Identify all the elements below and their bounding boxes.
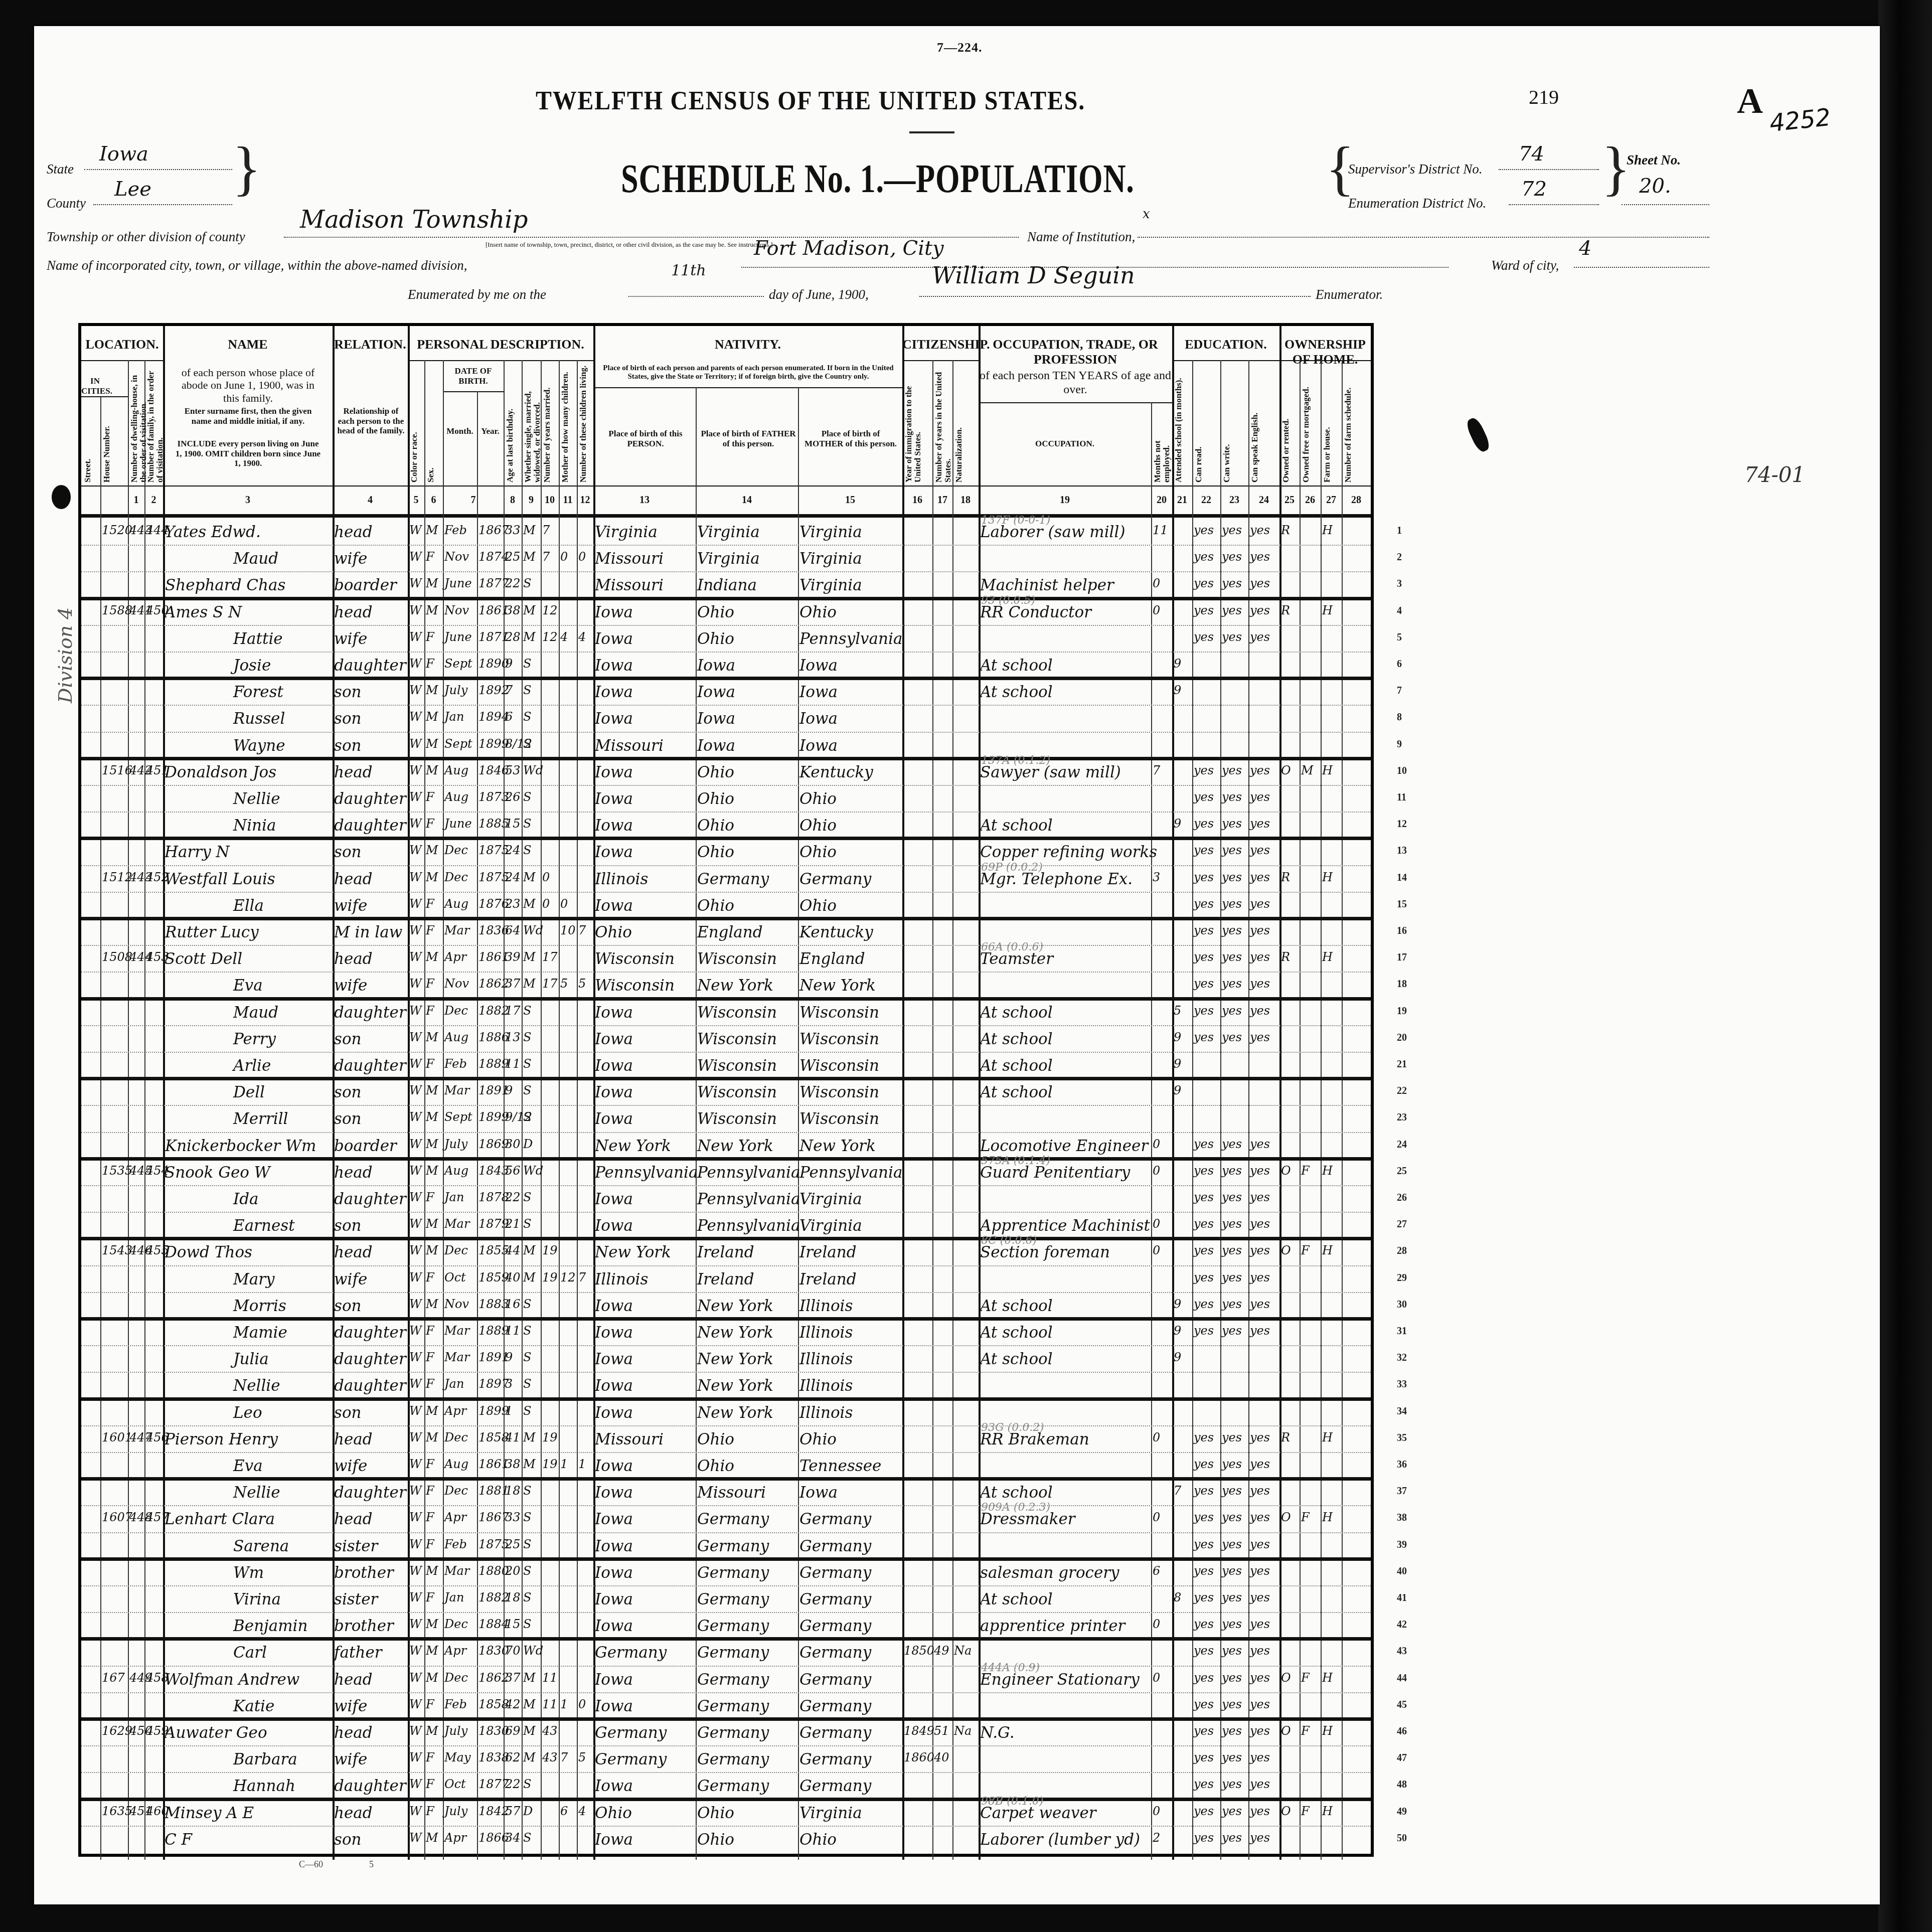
occupation-code: 575A (0.1.4)	[981, 1155, 1050, 1167]
cell-imm: 1860	[904, 1750, 934, 1764]
header-write: Can write.	[1222, 365, 1246, 482]
enumerated-prefix: Enumerated by me on the	[408, 287, 546, 302]
line-number: 28	[1397, 1245, 1407, 1257]
cell-age: 11	[505, 1324, 521, 1338]
cell-fh: H	[1322, 1243, 1333, 1257]
institution-label: Name of Institution,	[1027, 229, 1135, 245]
line-number: 25	[1397, 1166, 1407, 1177]
cell-sex: F	[426, 1510, 434, 1524]
cell-month: Dec	[444, 843, 468, 857]
cell-pom: Ireland	[799, 1270, 857, 1289]
cell-pom: Wisconsin	[799, 1083, 879, 1101]
table-row: MorrissonWMNov188316SIowaNew YorkIllinoi…	[81, 1292, 1371, 1319]
cell-color: W	[409, 1724, 422, 1738]
cell-year: 1846	[478, 763, 509, 777]
cell-month: Nov	[444, 550, 469, 564]
cell-age: 15	[505, 817, 521, 831]
column-group-relation: RELATION.	[333, 337, 408, 352]
table-row: 1512443452Westfall LouisheadWMDec187524M…	[81, 865, 1371, 892]
cell-name: Josie	[233, 657, 271, 675]
cell-month: Dec	[444, 1671, 468, 1685]
cell-name: Ames S N	[165, 603, 242, 621]
cell-pom: Illinois	[799, 1350, 853, 1368]
cell-pof: Germany	[697, 1617, 769, 1635]
cell-age: 6	[505, 710, 513, 724]
line-number: 12	[1397, 819, 1407, 830]
cell-rel: son	[334, 1404, 362, 1422]
cell-pob: Iowa	[595, 1777, 633, 1795]
cell-color: W	[409, 1697, 422, 1711]
cell-occ: apprentice printer	[980, 1617, 1125, 1635]
cell-write: yes	[1222, 1750, 1242, 1764]
cell-rel: head	[334, 1430, 373, 1448]
cell-imm: 1850	[904, 1644, 934, 1658]
scan-border-right	[1878, 0, 1932, 1932]
cell-age: 26	[505, 790, 521, 804]
cell-pob: Iowa	[595, 1510, 633, 1528]
cell-name: Auwater Geo	[165, 1724, 267, 1742]
cell-write: yes	[1222, 1564, 1242, 1578]
cell-write: yes	[1222, 1671, 1242, 1685]
cell-house: 1516	[102, 763, 132, 777]
cell-color: W	[409, 950, 422, 964]
table-row: CarlfatherWMApr183070WdGermanyGermanyGer…	[81, 1639, 1371, 1665]
line-number: 34	[1397, 1406, 1407, 1417]
cell-school: 9	[1174, 1297, 1181, 1311]
cell-year: 1867	[478, 1510, 509, 1524]
cell-moc: 4	[560, 630, 568, 644]
cell-name: C F	[165, 1831, 192, 1849]
enumerator-suffix: Enumerator.	[1316, 287, 1383, 302]
cell-rel: father	[334, 1644, 382, 1662]
cell-eng: yes	[1250, 1510, 1270, 1524]
name-include-omit: INCLUDE every person living on June 1, 1…	[174, 439, 322, 468]
column-number: 21	[1172, 495, 1192, 506]
cell-write: yes	[1222, 603, 1242, 617]
cell-year: 1855	[478, 1243, 509, 1257]
cell-school: 9	[1174, 1057, 1181, 1071]
cell-pom: Wisconsin	[799, 1110, 879, 1128]
line-number: 47	[1397, 1752, 1407, 1764]
cell-month: May	[444, 1750, 470, 1764]
cell-pom: Ohio	[799, 1430, 837, 1448]
cell-marital: S	[523, 1110, 531, 1124]
cell-write: yes	[1222, 1804, 1242, 1818]
cell-sex: M	[426, 1564, 438, 1578]
cell-occ: At school	[980, 1083, 1053, 1101]
cell-pof: Ohio	[697, 1457, 734, 1475]
cell-write: yes	[1222, 1590, 1242, 1604]
cell-name: Shephard Chas	[165, 576, 285, 594]
table-row: Shephard ChasboarderWMJune187722SMissour…	[81, 571, 1371, 598]
cell-pob: Wisconsin	[595, 977, 675, 995]
cell-eng: yes	[1250, 923, 1270, 937]
cell-eng: yes	[1250, 1537, 1270, 1551]
cell-write: yes	[1222, 1617, 1242, 1631]
cell-pof: Ohio	[697, 790, 734, 808]
cell-pob: Germany	[595, 1644, 667, 1662]
cell-pob: New York	[595, 1243, 671, 1261]
cell-pom: Germany	[799, 1510, 871, 1528]
cell-pof: Wisconsin	[697, 950, 777, 968]
cell-house: 1607	[102, 1510, 132, 1524]
header-age: Age at last birthday.	[506, 365, 520, 482]
cell-marital: S	[523, 1590, 531, 1604]
month-label: Month.	[443, 426, 477, 436]
cell-year: 1836	[478, 923, 509, 937]
cell-year: 1843	[478, 1164, 509, 1178]
cell-year: 1889	[478, 1324, 509, 1338]
cell-pob: Iowa	[595, 1457, 633, 1475]
cell-pof: Pennsylvania	[697, 1217, 800, 1235]
cell-ym: 43	[542, 1750, 558, 1764]
cell-pob: Missouri	[595, 1430, 664, 1448]
cell-color: W	[409, 1377, 422, 1391]
cell-year: 1877	[478, 576, 509, 590]
cell-age: 30	[505, 1137, 521, 1151]
cell-year: 1878	[478, 1190, 509, 1204]
cell-month: Dec	[444, 870, 468, 884]
cell-name: Morris	[233, 1297, 286, 1315]
name-description: of each person whose place of abode on J…	[174, 366, 322, 404]
cell-rel: wife	[334, 630, 367, 648]
cell-sex: F	[426, 1190, 434, 1204]
cell-month: Aug	[444, 790, 468, 804]
cell-cl: 4	[578, 630, 586, 644]
cell-read: yes	[1194, 630, 1214, 644]
cell-year: 1899	[478, 1110, 509, 1124]
cell-name: Knickerbocker Wm	[165, 1137, 316, 1155]
cell-sex: M	[426, 870, 438, 884]
cell-rel: daughter	[334, 1004, 406, 1022]
cell-year: 1862	[478, 977, 509, 991]
cell-ym: 7	[542, 523, 550, 537]
pob-father-label: Place of birth of FATHER of this person.	[701, 429, 796, 448]
cell-pob: Iowa	[595, 1217, 633, 1235]
cell-write: yes	[1222, 1457, 1242, 1471]
cell-marital: S	[523, 1777, 531, 1791]
occupation-code: 69P (0.0.2)	[981, 861, 1043, 874]
cell-year: 1858	[478, 1430, 509, 1444]
cell-year: 1883	[478, 1297, 509, 1311]
cell-marital: M	[523, 603, 536, 617]
line-number: 15	[1397, 899, 1407, 910]
line-number: 23	[1397, 1112, 1407, 1123]
cell-read: yes	[1194, 1804, 1214, 1818]
cell-name: Arlie	[233, 1057, 271, 1075]
cell-own: O	[1281, 1510, 1291, 1524]
cell-ym: 12	[542, 603, 558, 617]
cell-month: Nov	[444, 1297, 469, 1311]
cell-eng: yes	[1250, 1564, 1270, 1578]
cell-age: 23	[505, 897, 521, 911]
cell-marital: S	[523, 1083, 531, 1097]
line-number: 13	[1397, 845, 1407, 857]
cell-age: 15	[505, 1617, 521, 1631]
cell-sex: F	[426, 1537, 434, 1551]
column-number: 12	[577, 495, 593, 506]
cell-rel: wife	[334, 1457, 367, 1475]
cell-write: yes	[1222, 1217, 1242, 1231]
name-instruction: Enter surname first, then the given name…	[174, 406, 322, 426]
cell-school: 9	[1174, 1030, 1181, 1044]
cell-occ: At school	[980, 683, 1053, 701]
cell-age: 62	[505, 1750, 521, 1764]
cell-rel: son	[334, 1297, 362, 1315]
cell-pom: Virginia	[799, 550, 862, 568]
right-margin-note: 74-01	[1744, 462, 1805, 487]
cell-pom: Germany	[799, 1777, 871, 1795]
cell-sex: M	[426, 576, 438, 590]
cell-year: 1866	[478, 1831, 509, 1845]
cell-marital: M	[523, 1671, 536, 1685]
cell-cl: 4	[578, 1804, 586, 1818]
cell-eng: yes	[1250, 1750, 1270, 1764]
cell-pof: Virginia	[697, 523, 760, 541]
cell-sex: F	[426, 1350, 434, 1364]
cell-read: yes	[1194, 1004, 1214, 1018]
cell-month: Aug	[444, 1457, 468, 1471]
cell-pof: Ohio	[697, 1831, 734, 1849]
cell-school: 9	[1174, 683, 1181, 697]
footer-mark: C—60	[299, 1859, 323, 1870]
supervisor-label: Supervisor's District No.	[1348, 162, 1483, 177]
cell-name: Rutter Lucy	[165, 923, 259, 941]
cell-pom: Virginia	[799, 523, 862, 541]
line-number: 11	[1397, 792, 1406, 803]
cell-pof: Germany	[697, 1564, 769, 1582]
cell-name: Wolfman Andrew	[165, 1671, 299, 1689]
cell-month: Jan	[444, 1190, 464, 1204]
cell-marital: M	[523, 1457, 536, 1471]
cell-age: 33	[505, 1510, 521, 1524]
cell-month: Mar	[444, 1217, 469, 1231]
cell-unemp: 2	[1153, 1831, 1160, 1845]
cell-rel: head	[334, 763, 373, 781]
cell-month: Sept	[444, 657, 472, 671]
line-number: 48	[1397, 1779, 1407, 1791]
cell-marital: Wd	[523, 923, 543, 937]
cell-sex: M	[426, 1644, 438, 1658]
cell-read: yes	[1194, 1270, 1214, 1284]
cell-pof: Wisconsin	[697, 1030, 777, 1048]
cell-name: Donaldson Jos	[165, 763, 276, 781]
cell-year: 1862	[478, 1671, 509, 1685]
cell-write: yes	[1222, 1243, 1242, 1257]
line-number: 21	[1397, 1059, 1407, 1070]
cell-color: W	[409, 1537, 422, 1551]
cell-occ: Apprentice Machinist	[980, 1217, 1150, 1235]
cell-color: W	[409, 1190, 422, 1204]
cell-marital: S	[523, 1217, 531, 1231]
cell-write: yes	[1222, 1137, 1242, 1151]
cell-year: 1873	[478, 790, 509, 804]
cell-name: Virina	[233, 1590, 281, 1608]
table-row: Harry NsonWMDec187524SIowaOhioOhioCopper…	[81, 838, 1371, 865]
cell-occ: salesman grocery	[980, 1564, 1119, 1582]
cell-write: yes	[1222, 1030, 1242, 1044]
cell-year: 1861	[478, 603, 509, 617]
cell-fh: H	[1322, 1671, 1333, 1685]
cell-pob: Iowa	[595, 790, 633, 808]
cell-ym: 7	[542, 550, 550, 564]
in-cities-label: IN CITIES.	[81, 376, 109, 396]
cell-sex: M	[426, 843, 438, 857]
table-row: SarenasisterWFFeb187525SIowaGermanyGerma…	[81, 1532, 1371, 1559]
cell-rel: daughter	[334, 1777, 406, 1795]
cell-own: O	[1281, 1671, 1291, 1685]
line-number: 33	[1397, 1379, 1407, 1390]
cell-marital: S	[523, 657, 531, 671]
table-row: C FsonWMApr186634SIowaOhioOhioLaborer (l…	[81, 1826, 1371, 1852]
table-row: NelliedaughterWFAug187326SIowaOhioOhioye…	[81, 785, 1371, 812]
cell-rel: son	[334, 683, 362, 701]
cell-sex: F	[426, 1750, 434, 1764]
cell-pob: Iowa	[595, 1297, 633, 1315]
cell-cl: 0	[578, 550, 586, 564]
occupation-code: 137F (0-0-1)	[981, 514, 1050, 527]
cell-read: yes	[1194, 1030, 1214, 1044]
cell-pob: Iowa	[595, 1484, 633, 1502]
table-row: IdadaughterWFJan187822SIowaPennsylvaniaV…	[81, 1185, 1371, 1212]
ward-label: Ward of city,	[1491, 258, 1559, 273]
cell-age: 9	[505, 657, 513, 671]
table-row: Rutter LucyM in lawWFMar183664Wd107OhioE…	[81, 918, 1371, 945]
cell-color: W	[409, 1617, 422, 1631]
line-number: 3	[1397, 578, 1402, 590]
cell-write: yes	[1222, 790, 1242, 804]
cell-occ: At school	[980, 1004, 1053, 1022]
header-rule	[81, 360, 163, 361]
cell-eng: yes	[1250, 843, 1270, 857]
cell-marital: M	[523, 870, 536, 884]
cell-write: yes	[1222, 923, 1242, 937]
title-divider	[909, 131, 954, 133]
cell-marital: M	[523, 1270, 536, 1284]
line-number: 24	[1397, 1139, 1407, 1151]
cell-read: yes	[1194, 1430, 1214, 1444]
cell-moc: 12	[560, 1270, 576, 1284]
cell-year: 1867	[478, 523, 509, 537]
cell-marital: M	[523, 630, 536, 644]
cell-eng: yes	[1250, 1590, 1270, 1604]
column-group-nativity: NATIVITY.	[593, 337, 902, 352]
cell-name: Carl	[233, 1644, 267, 1662]
document-title: TWELFTH CENSUS OF THE UNITED STATES.	[536, 86, 1085, 116]
cell-read: yes	[1194, 1137, 1214, 1151]
cell-write: yes	[1222, 1324, 1242, 1338]
cell-write: yes	[1222, 1537, 1242, 1551]
cell-name: Eva	[233, 1457, 263, 1475]
cell-name: Nellie	[233, 1484, 280, 1502]
cell-color: W	[409, 630, 422, 644]
line-number: 41	[1397, 1592, 1407, 1604]
cell-rel: wife	[334, 1270, 367, 1289]
cell-rel: daughter	[334, 1377, 406, 1395]
cell-read: yes	[1194, 950, 1214, 964]
cell-pom: Iowa	[799, 657, 838, 675]
enumerated-day: 11th	[671, 262, 706, 279]
cell-moc: 10	[560, 923, 576, 937]
cell-name: Leo	[233, 1404, 262, 1422]
cell-rel: boarder	[334, 1137, 397, 1155]
cell-occ: N.G.	[980, 1724, 1015, 1742]
cell-name: Maud	[233, 1004, 278, 1022]
cell-unemp: 3	[1153, 870, 1160, 884]
column-number: 16	[902, 495, 932, 506]
table-row: KatiewifeWFFeb185842M1110IowaGermanyGerm…	[81, 1692, 1371, 1719]
cell-ym: 11	[542, 1671, 558, 1685]
township-value: Madison Township	[300, 206, 528, 234]
cell-pob: Iowa	[595, 1537, 633, 1555]
cell-read: yes	[1194, 1831, 1214, 1845]
cell-color: W	[409, 817, 422, 831]
cell-pob: Illinois	[595, 1270, 648, 1289]
cell-pob: Pennsylvania	[595, 1164, 698, 1182]
cell-eng: yes	[1250, 1804, 1270, 1818]
cell-sex: M	[426, 1617, 438, 1631]
header-cl: Number of these children living.	[579, 365, 591, 482]
cell-unemp: 0	[1153, 1430, 1160, 1444]
cell-name: Dowd Thos	[165, 1243, 252, 1261]
cell-sex: M	[426, 1297, 438, 1311]
cell-rel: head	[334, 1510, 373, 1528]
header-school: Attended school (in months).	[1174, 365, 1190, 482]
cell-marital: S	[523, 683, 531, 697]
cell-write: yes	[1222, 1831, 1242, 1845]
cell-sex: F	[426, 1590, 434, 1604]
cell-pom: Kentucky	[799, 923, 873, 941]
line-number: 14	[1397, 872, 1407, 884]
cell-age: 70	[505, 1644, 521, 1658]
cell-imm: 1849	[904, 1724, 934, 1738]
cell-eng: yes	[1250, 1484, 1270, 1498]
header-nat: Naturalization.	[954, 365, 977, 482]
cell-age: 39	[505, 950, 521, 964]
cell-marital: M	[523, 550, 536, 564]
cell-year: 1858	[478, 1697, 509, 1711]
cell-pof: Ohio	[697, 603, 734, 621]
cell-yrs: 51	[934, 1724, 949, 1738]
cell-pof: Ohio	[697, 1430, 734, 1448]
table-row: HannahdaughterWFOct187722SIowaGermanyGer…	[81, 1772, 1371, 1799]
cell-fh: H	[1322, 870, 1333, 884]
cell-unemp: 6	[1153, 1564, 1160, 1578]
cell-write: yes	[1222, 870, 1242, 884]
cell-pob: Iowa	[595, 1030, 633, 1048]
cell-sex: M	[426, 763, 438, 777]
township-label: Township or other division of county	[47, 229, 245, 245]
cell-pom: Virginia	[799, 1190, 862, 1208]
cell-marital: Wd	[523, 1644, 543, 1658]
cell-age: 53	[505, 763, 521, 777]
cell-marital: S	[523, 1350, 531, 1364]
column-number: 7	[443, 495, 504, 506]
cell-month: Apr	[444, 1644, 466, 1658]
cell-own: R	[1281, 1430, 1290, 1444]
cell-pof: New York	[697, 1377, 773, 1395]
cell-pob: Germany	[595, 1724, 667, 1742]
cell-color: W	[409, 683, 422, 697]
table-row: JosiedaughterWFSept18909SIowaIowaIowaAt …	[81, 652, 1371, 678]
table-row: BarbarawifeWFMay183862M4375GermanyGerman…	[81, 1745, 1371, 1772]
cell-year: 1830	[478, 1724, 509, 1738]
enumerator-name: William D Seguin	[932, 262, 1135, 289]
cell-eng: yes	[1250, 523, 1270, 537]
cell-rel: daughter	[334, 1324, 406, 1342]
cell-pob: Iowa	[595, 1617, 633, 1635]
cell-color: W	[409, 603, 422, 617]
